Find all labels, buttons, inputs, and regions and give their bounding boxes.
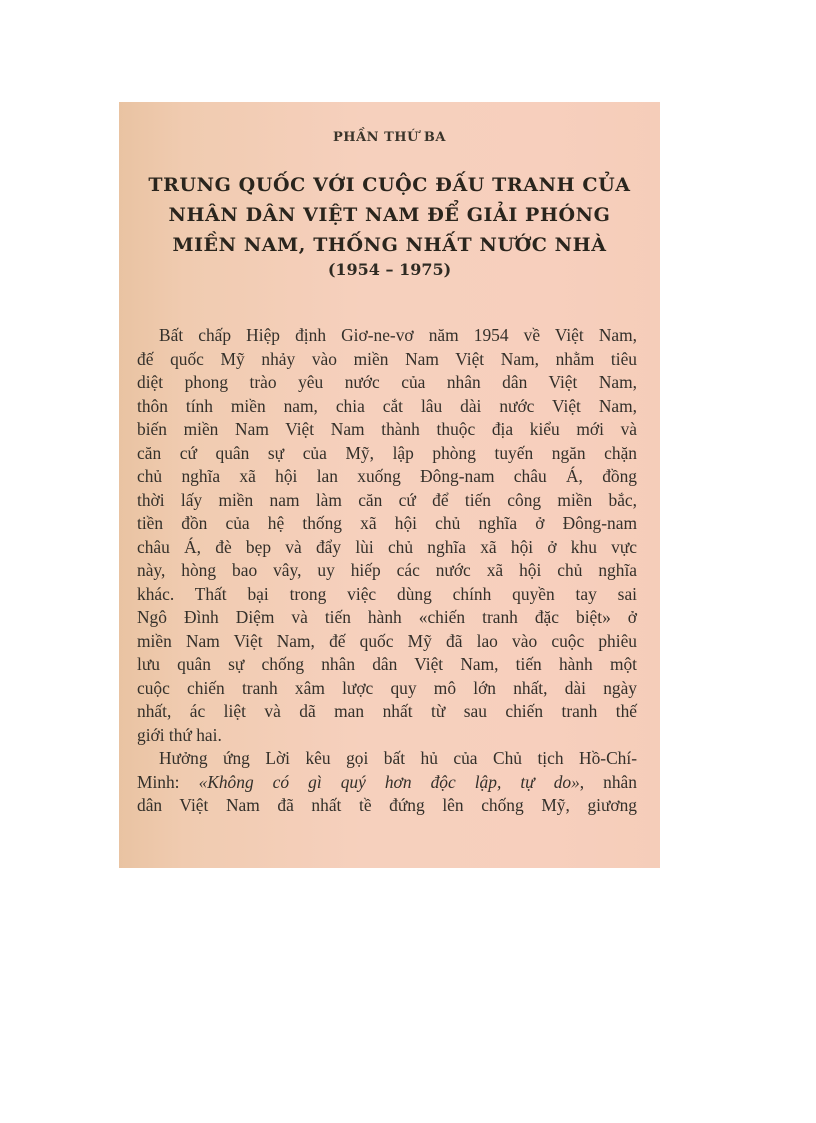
chapter-title-line: NHÂN DÂN VIỆT NAM ĐỂ GIẢI PHÓNG [131, 200, 648, 230]
paragraph-line: nhất, ác liệt và dã man nhất từ sau chiế… [137, 700, 637, 724]
chapter-title-line: TRUNG QUỐC VỚI CUỘC ĐẤU TRANH CỦA [131, 170, 648, 200]
quote-suffix: , nhân [580, 772, 637, 792]
quote-prefix: Minh: [137, 772, 199, 792]
paragraph-line: đế quốc Mỹ nhảy vào miền Nam Việt Nam, n… [137, 348, 637, 372]
paragraph-line: khác. Thất bại trong việc dùng chính quy… [137, 583, 637, 607]
paragraph-line: tiền đồn của hệ thống xã hội chủ nghĩa ở… [137, 512, 637, 536]
paragraph-line: Bất chấp Hiệp định Giơ-ne-vơ năm 1954 về… [137, 324, 637, 348]
chapter-years: (1954 – 1975) [119, 260, 660, 279]
body-text: Bất chấp Hiệp định Giơ-ne-vơ năm 1954 về… [137, 324, 637, 818]
paragraph-line: biến miền Nam Việt Nam thành thuộc địa k… [137, 418, 637, 442]
paragraph-line: thời lấy miền nam làm căn cứ để tiến côn… [137, 489, 637, 513]
chapter-title-line: MIỀN NAM, THỐNG NHẤT NƯỚC NHÀ [131, 230, 648, 260]
paragraph-line: lưu quân sự chống nhân dân Việt Nam, tiế… [137, 653, 637, 677]
part-label: PHẦN THỨ BA [119, 130, 660, 145]
paragraph-line: cuộc chiến tranh xâm lược quy mô lớn nhấ… [137, 677, 637, 701]
chapter-title: TRUNG QUỐC VỚI CUỘC ĐẤU TRANH CỦA NHÂN D… [131, 170, 648, 260]
paragraph-line: dân Việt Nam đã nhất tề đứng lên chống M… [137, 794, 637, 818]
paragraph-line: này, hòng bao vây, uy hiếp các nước xã h… [137, 559, 637, 583]
paragraph-line-with-quote: Minh: «Không có gì quý hơn độc lập, tự d… [137, 771, 637, 795]
paragraph-line: chủ nghĩa xã hội lan xuống Đông-nam châu… [137, 465, 637, 489]
paragraph-line: miền Nam Việt Nam, đế quốc Mỹ đã lao vào… [137, 630, 637, 654]
scanned-book-page: PHẦN THỨ BA TRUNG QUỐC VỚI CUỘC ĐẤU TRAN… [119, 102, 660, 868]
paragraph-line: Hưởng ứng Lời kêu gọi bất hủ của Chủ tịc… [137, 747, 637, 771]
paragraph-line: căn cứ quân sự của Mỹ, lập phòng tuyến n… [137, 442, 637, 466]
paragraph-line: châu Á, đè bẹp và đẩy lùi chủ nghĩa xã h… [137, 536, 637, 560]
paragraph-line: giới thứ hai. [137, 724, 637, 748]
paragraph-line: thôn tính miền nam, chia cắt lâu dài nướ… [137, 395, 637, 419]
paragraph-line: diệt phong trào yêu nước của nhân dân Vi… [137, 371, 637, 395]
italic-quote: «Không có gì quý hơn độc lập, tự do» [199, 772, 580, 792]
paragraph-line: Ngô Đình Diệm và tiến hành «chiến tranh … [137, 606, 637, 630]
